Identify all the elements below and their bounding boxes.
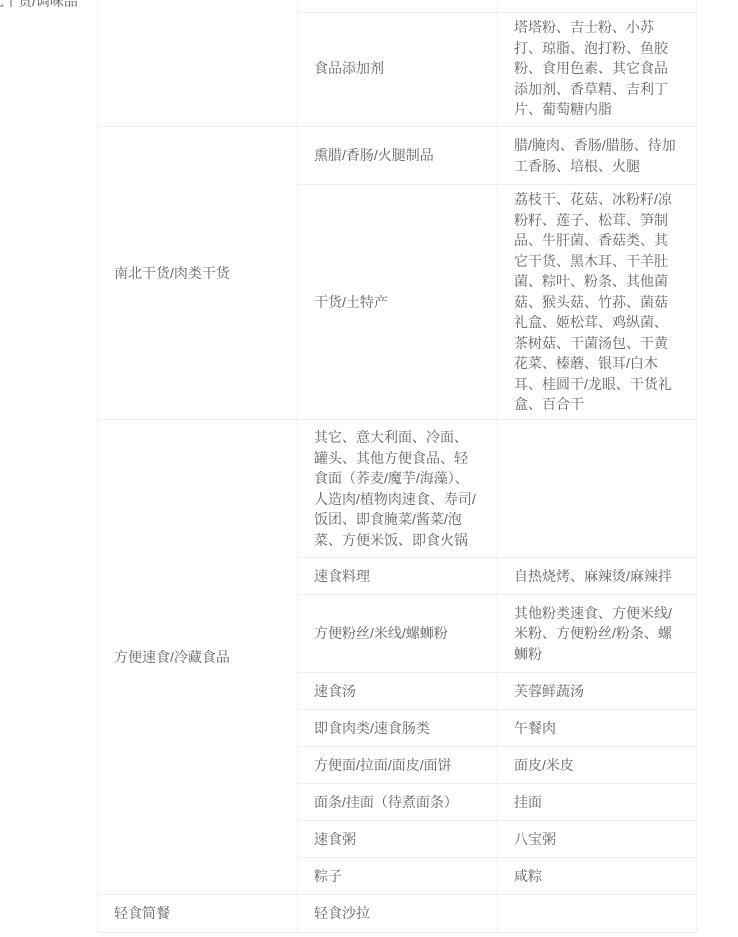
level2-cell: 食品添加剂 <box>298 11 498 127</box>
level3-items-cell: 腊/腌肉、香肠/腊肠、待加工香肠、培根、火腿 <box>498 127 697 185</box>
level3-items-cell <box>498 420 697 558</box>
category-table: 南北干货/肉类干货 方便速食/冷藏食品 轻食简餐 食品添加剂 塔塔粉、吉士粉、小… <box>97 0 697 933</box>
level3-items-cell: 挂面 <box>498 784 697 821</box>
level2-cell: 方便面/拉面/面皮/面饼 <box>298 747 498 784</box>
level3-items-cell: 塔塔粉、吉士粉、小苏打、琼脂、泡打粉、鱼胶粉、食用色素、其它食品添加剂、香草精、… <box>498 11 697 127</box>
level3-items-cell: 荔枝干、花菇、冰粉籽/凉粉籽、莲子、松茸、笋制品、牛肝菌、香菇类、其它干货、黑木… <box>498 185 697 420</box>
category-taxonomy-page: 南北干货/调味品 南北干货/肉类干货 方便速食/冷藏食品 轻食简餐 食品添加剂 … <box>0 0 738 937</box>
level3-items-cell: 午餐肉 <box>498 710 697 747</box>
level2-cell: 干货/土特产 <box>298 185 498 420</box>
level3-items-cell: 芙蓉鲜蔬汤 <box>498 673 697 710</box>
level2-cell: 速食料理 <box>298 558 498 595</box>
level2-cell: 面条/挂面（待煮面条） <box>298 784 498 821</box>
level2-cell: 速食粥 <box>298 821 498 858</box>
level1-cell-light-meal: 轻食简餐 <box>98 895 298 933</box>
level2-cell: 即食肉类/速食肠类 <box>298 710 498 747</box>
level2-cell: 方便粉丝/米线/螺蛳粉 <box>298 595 498 673</box>
level2-cell: 其它、意大利面、冷面、罐头、其他方便食品、轻食面（荞麦/魔芋/海藻）、人造肉/植… <box>298 420 498 558</box>
partial-level1-category-label: 南北干货/调味品 <box>0 0 78 11</box>
level1-cell-dry-goods: 南北干货/肉类干货 <box>98 127 298 420</box>
level3-items-cell <box>498 895 697 933</box>
level3-items-cell: 其他粉类速食、方便米线/米粉、方便粉丝/粉条、螺蛳粉 <box>498 595 697 673</box>
level2-cell: 粽子 <box>298 858 498 895</box>
level3-items-cell: 八宝粥 <box>498 821 697 858</box>
level1-cell-cut <box>98 0 298 127</box>
level3-items-cell: 面皮/米皮 <box>498 747 697 784</box>
level1-cell-instant-food: 方便速食/冷藏食品 <box>98 420 298 895</box>
level3-items-cell: 自热烧烤、麻辣烫/麻辣拌 <box>498 558 697 595</box>
level2-cell: 熏腊/香肠/火腿制品 <box>298 127 498 185</box>
level2-cell: 轻食沙拉 <box>298 895 498 933</box>
level2-cell: 速食汤 <box>298 673 498 710</box>
level3-items-cell: 咸粽 <box>498 858 697 895</box>
